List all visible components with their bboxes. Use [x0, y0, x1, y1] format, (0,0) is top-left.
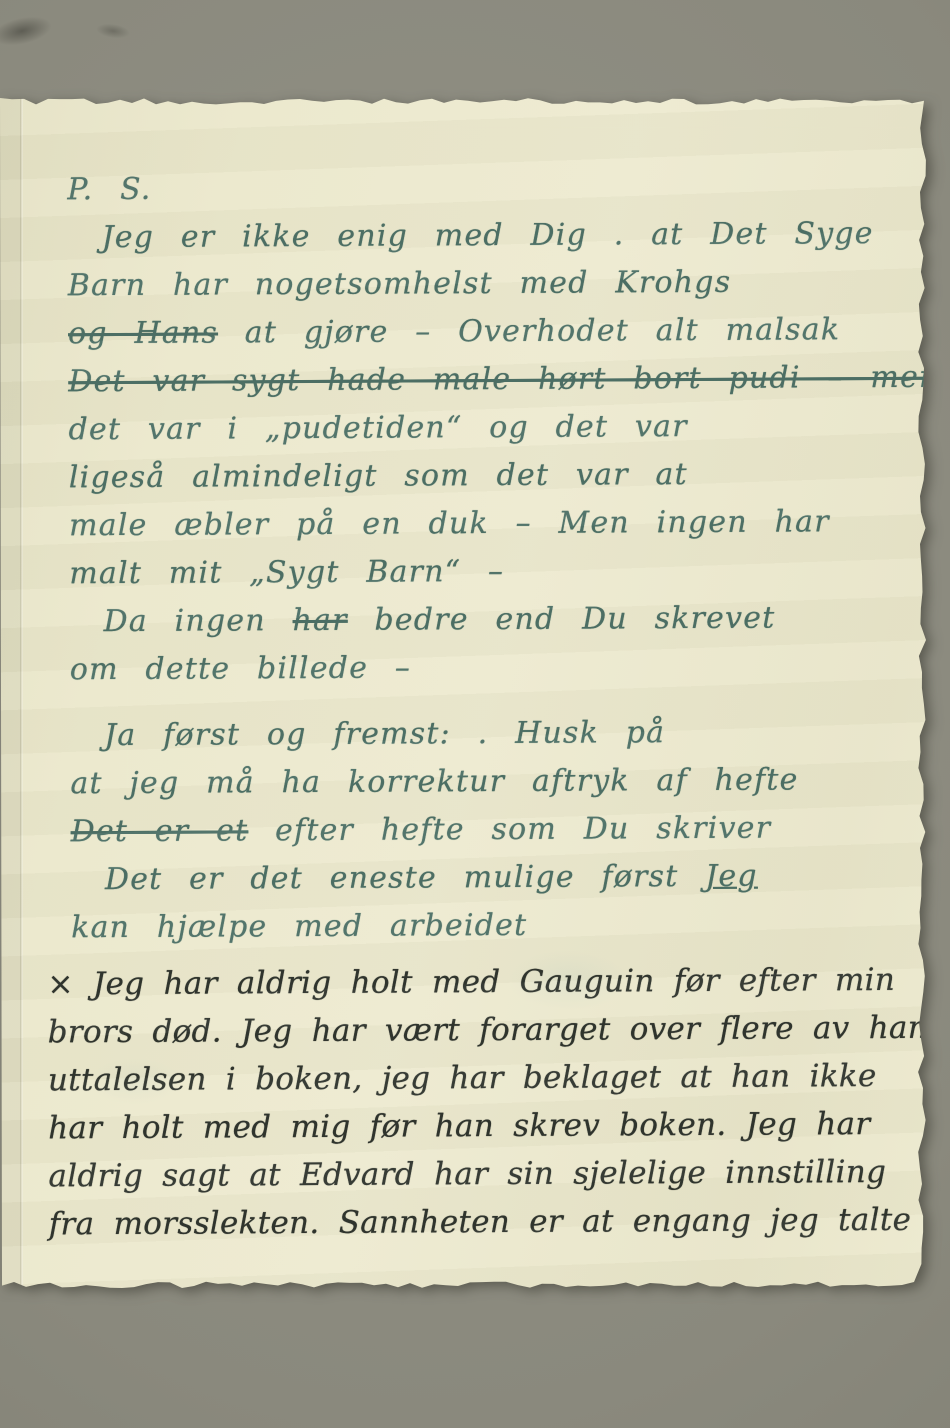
letter-line: Det er et efter hefte som Du skriver — [71, 804, 926, 857]
letter-line: brors død. Jeg har vært forarget over fl… — [48, 1004, 926, 1057]
text-segment: Det er det eneste mulige først — [105, 859, 705, 897]
letter-section-dark-ink: × Jeg har aldrig holt med Gauguin før ef… — [47, 956, 926, 1249]
underlined-text: Jeg — [705, 859, 758, 894]
letter-line: Det er det eneste mulige først Jeg — [71, 852, 926, 905]
letter-line: × Jeg har aldrig holt med Gauguin før ef… — [47, 956, 926, 1009]
text-segment: om dette billede – — [70, 650, 411, 687]
text-segment: at gjøre – Overhodet alt malsak — [218, 312, 840, 350]
letter-line: male æbler på en duk – Men ingen har — [69, 498, 926, 551]
letter-body: P. S.Jeg er ikke enig med Dig . at Det S… — [67, 162, 926, 1249]
postscript-label: P. S. — [67, 162, 926, 215]
text-segment: ligeså almindeligt som det var at — [69, 457, 688, 495]
text-segment: brors død. Jeg har vært forarget over fl… — [48, 1010, 926, 1051]
mat-smudge — [0, 12, 54, 50]
letter-section-green-ink: P. S.Jeg er ikke enig med Dig . at Det S… — [67, 162, 926, 953]
text-segment: Barn har nogetsomhelst med Krohgs — [68, 265, 732, 303]
letter-line: uttalelsen i boken, jeg har beklaget at … — [48, 1052, 926, 1105]
text-segment: har holt med mig før han skrev boken. Je… — [48, 1106, 870, 1146]
letter-line: ligeså almindeligt som det var at — [69, 450, 926, 503]
text-segment: fra morsslekten. Sannheten er at engang … — [49, 1202, 912, 1243]
letter-line: Ja først og fremst: . Husk på — [70, 708, 926, 761]
text-segment: uttalelsen i boken, jeg har beklaget at … — [48, 1058, 877, 1098]
mat-smudge — [95, 22, 131, 41]
text-segment: efter hefte som Du skriver — [248, 811, 771, 849]
letter-line: og Hans at gjøre – Overhodet alt malsak — [68, 306, 926, 359]
text-segment: malt mit „Sygt Barn“ – — [69, 554, 504, 591]
text-segment: bedre end Du skrevet — [348, 601, 776, 638]
text-segment: × Jeg har aldrig holt med Gauguin før ef… — [47, 962, 895, 1002]
text-segment: aldrig sagt at Edvard har sin sjelelige … — [48, 1154, 886, 1194]
paper-surface: P. S.Jeg er ikke enig med Dig . at Det S… — [0, 98, 926, 1288]
letter-line: om dette billede – — [70, 642, 926, 695]
left-edge-shade — [0, 98, 21, 1288]
struck-text: og Hans — [68, 315, 218, 351]
struck-text: har — [292, 603, 347, 638]
text-segment: Da ingen — [103, 603, 292, 639]
letter-line: malt mit „Sygt Barn“ – — [69, 546, 926, 599]
struck-text: Det var sygt hade male hørt bort pudi – … — [68, 360, 926, 400]
fold-crease — [20, 98, 23, 1288]
letter-line: har holt med mig før han skrev boken. Je… — [48, 1100, 926, 1153]
struck-text: Det er et — [71, 813, 249, 849]
letter-line: kan hjælpe med arbeidet — [71, 900, 926, 953]
letter-line: det var i „pudetiden“ og det var — [68, 402, 926, 455]
letter-line: Det var sygt hade male hørt bort pudi – … — [68, 354, 926, 407]
text-segment: P. S. — [67, 172, 151, 207]
text-segment: male æbler på en duk – Men ingen har — [69, 504, 830, 543]
text-segment: Jeg er ikke enig med Dig . at Det Syge — [101, 216, 873, 255]
text-segment: det var i „pudetiden“ og det var — [68, 409, 687, 447]
text-segment: kan hjælpe med arbeidet — [71, 908, 527, 945]
letter-line: at jeg må ha korrektur aftryk af hefte — [70, 756, 926, 809]
letter-line: Barn har nogetsomhelst med Krohgs — [68, 258, 926, 311]
letter-line: Jeg er ikke enig med Dig . at Det Syge — [67, 210, 926, 263]
letter-line: aldrig sagt at Edvard har sin sjelelige … — [48, 1148, 926, 1201]
letter-paper: P. S.Jeg er ikke enig med Dig . at Det S… — [0, 98, 926, 1288]
text-segment: at jeg må ha korrektur aftryk af hefte — [70, 762, 798, 801]
letter-line: Da ingen har bedre end Du skrevet — [69, 594, 926, 647]
letter-line: fra morsslekten. Sannheten er at engang … — [49, 1196, 926, 1249]
text-segment: Ja først og fremst: . Husk på — [104, 715, 665, 753]
